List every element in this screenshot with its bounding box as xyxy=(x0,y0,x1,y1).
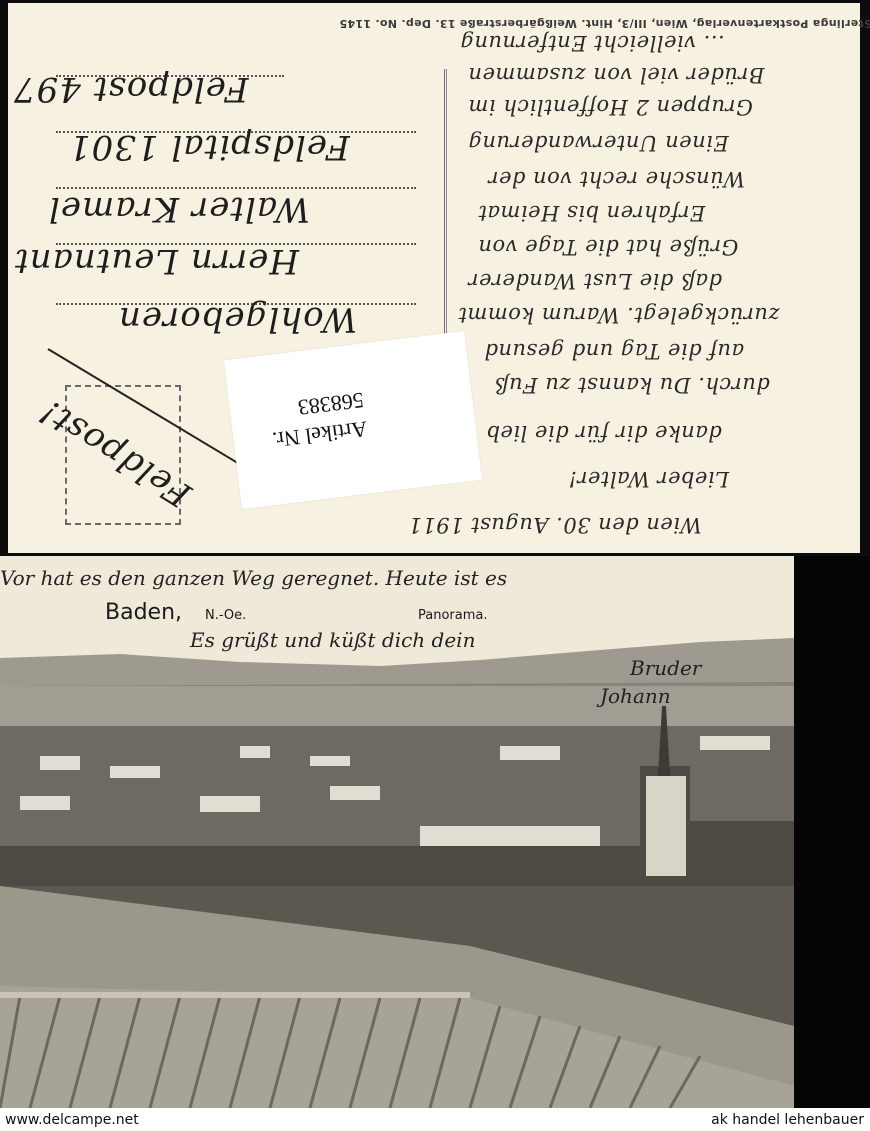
address-line-5: Wohlgeboren xyxy=(118,299,357,339)
message-line: Brüder viel von zusammen xyxy=(468,63,764,87)
message-line: auf die Tag und gesund xyxy=(484,339,744,363)
address-line-3: Walter Kramel xyxy=(48,189,310,229)
postcard-front: Baden, N.-Oe. Panorama. Vor hat es den g… xyxy=(0,556,870,1108)
message-line: Wien den 30. August 1911 xyxy=(408,513,702,537)
publisher-imprint: Sterlinga Postkartenverlag, Wien, III/3,… xyxy=(392,17,870,30)
message-line: Erfahren bis Heimat xyxy=(478,201,705,225)
message-line: durch. Du kannst zu Fuß xyxy=(494,373,770,397)
message-line: Wünsche recht von der xyxy=(488,167,745,191)
address-line-2: Feldspital 1301 xyxy=(68,127,350,167)
message-line: danke dir für die lieb xyxy=(486,421,722,445)
message-line: Lieber Walter! xyxy=(568,467,729,491)
message-line: ... vielleicht Entfernung xyxy=(460,31,725,55)
handwritten-line: Vor hat es den ganzen Weg geregnet. Heut… xyxy=(0,566,507,590)
handwritten-line: Es grüßt und küßt dich dein xyxy=(190,628,475,652)
panorama-photo: Baden, N.-Oe. Panorama. Vor hat es den g… xyxy=(0,556,794,1108)
postcard-back: Sterlinga Postkartenverlag, Wien, III/3,… xyxy=(0,0,870,556)
handwritten-line: Johann xyxy=(600,684,671,708)
article-number-label: Artikel Nr. 568383 xyxy=(224,331,482,509)
message-line: Grüße hat die Tage von xyxy=(478,235,738,259)
vineyard-illustration xyxy=(0,886,794,1108)
article-label-title: Artikel Nr. xyxy=(271,413,369,453)
address-line-1: Feldpost 497 xyxy=(13,69,249,109)
watermark-footer: www.delcampe.net ak handel lehenbauer xyxy=(0,1110,870,1131)
message-line: daß die Lust Wanderer xyxy=(468,269,722,293)
message-line: Einen Unterwanderung xyxy=(468,131,729,155)
site-watermark: www.delcampe.net xyxy=(5,1112,139,1128)
address-line-4: Herrn Leutnant xyxy=(14,241,299,281)
handwritten-line: Bruder xyxy=(630,656,701,680)
message-line: Gruppen 2 Hoffentlich im xyxy=(468,95,753,119)
message-line: zurückgelegt. Warum kommt xyxy=(458,303,779,327)
seller-watermark: ak handel lehenbauer xyxy=(711,1112,864,1128)
address-divider xyxy=(444,69,447,341)
